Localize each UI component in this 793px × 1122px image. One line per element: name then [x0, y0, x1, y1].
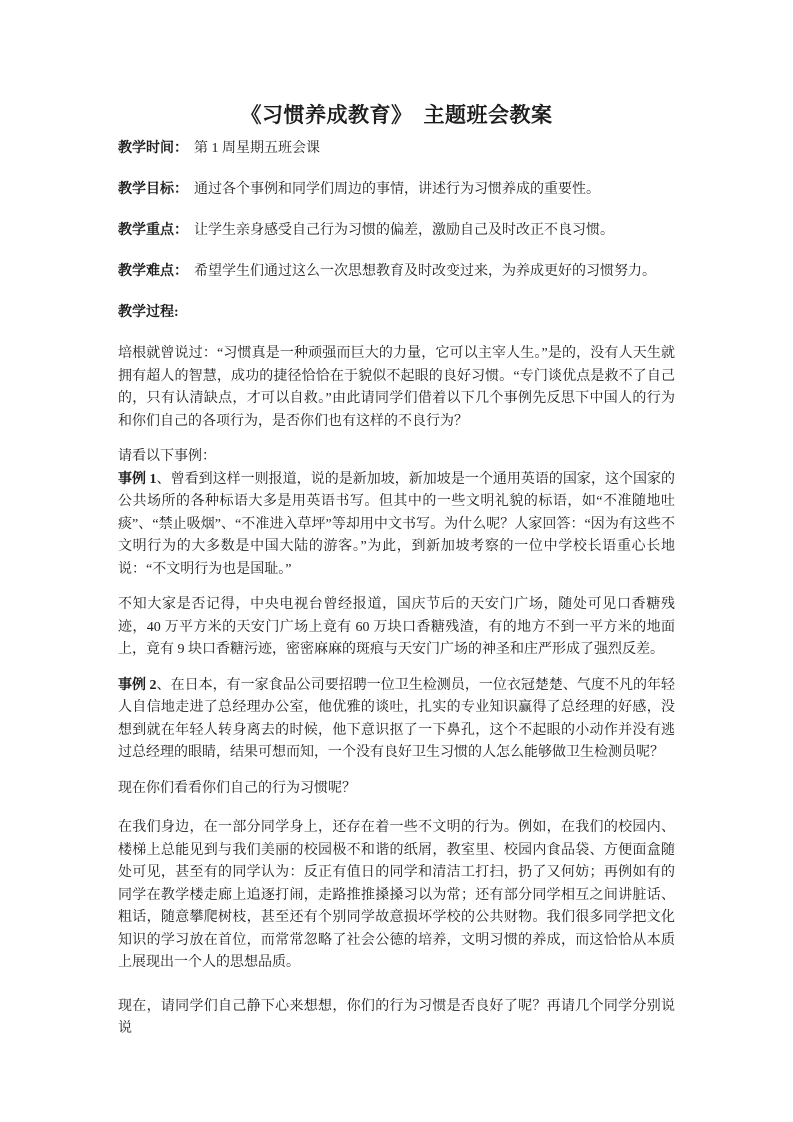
- case-1-text: 、曾看到这样一则报道，说的是新加坡，新加坡是一个通用英语的国家，这个国家的公共场…: [118, 472, 675, 577]
- field-teaching-focus-value: 让学生亲身感受自己行为习惯的偏差，激励自己及时改正不良习惯。: [194, 223, 614, 238]
- field-teaching-difficulty-label: 教学难点：: [118, 264, 188, 279]
- paragraph-case-1: 事例 1、曾看到这样一则报道，说的是新加坡，新加坡是一个通用英语的国家，这个国家…: [118, 469, 675, 582]
- paragraph-case-2: 事例 2、在日本，有一家食品公司要招聘一位卫生检测员，一位衣冠楚楚、气度不凡的年…: [118, 675, 675, 765]
- field-teaching-goal: 教学目标：通过各个事例和同学们周边的事情，讲述行为习惯养成的重要性。: [118, 179, 675, 202]
- field-teaching-time-label: 教学时间：: [118, 141, 188, 156]
- field-teaching-goal-label: 教学目标：: [118, 182, 188, 197]
- field-teaching-goal-value: 通过各个事例和同学们周边的事情，讲述行为习惯养成的重要性。: [194, 182, 600, 197]
- paragraph-self-question: 现在你们看看你们自己的行为习惯呢？: [118, 778, 675, 801]
- paragraph-closing: 现在，请同学们自己静下心来想想，你们的行为习惯是否良好了呢？再请几个同学分别说说: [118, 996, 675, 1041]
- field-teaching-process: 教学过程:: [118, 302, 675, 325]
- paragraph-reflection: 在我们身边，在一部分同学身上，还存在着一些不文明的行为。例如，在我们的校园内、楼…: [118, 817, 675, 975]
- field-teaching-time: 教学时间：第 1 周星期五班会课: [118, 138, 675, 161]
- field-teaching-difficulty-value: 希望学生们通过这么一次思想教育及时改变过来，为养成更好的习惯努力。: [194, 264, 656, 279]
- field-teaching-time-value: 第 1 周星期五班会课: [194, 141, 320, 156]
- field-teaching-focus: 教学重点：让学生亲身感受自己行为习惯的偏差，激励自己及时改正不良习惯。: [118, 220, 675, 243]
- field-teaching-focus-label: 教学重点：: [118, 223, 188, 238]
- case-1-label: 事例 1: [118, 472, 157, 487]
- field-teaching-difficulty: 教学难点：希望学生们通过这么一次思想教育及时改变过来，为养成更好的习惯努力。: [118, 261, 675, 284]
- document-title: 《习惯养成教育》 主题班会教案: [118, 100, 675, 130]
- field-teaching-process-label: 教学过程:: [118, 305, 179, 320]
- document-page: 《习惯养成教育》 主题班会教案 教学时间：第 1 周星期五班会课 教学目标：通过…: [0, 0, 793, 1122]
- paragraph-cases-intro: 请看以下事例：: [118, 446, 675, 469]
- case-2-text: 、在日本，有一家食品公司要招聘一位卫生检测员，一位衣冠楚楚、气度不凡的年轻人自信…: [118, 678, 675, 761]
- paragraph-case-1-followup: 不知大家是否记得，中央电视台曾经报道，国庆节后的天安门广场，随处可见口香糖残迹，…: [118, 594, 675, 662]
- case-2-label: 事例 2: [118, 678, 157, 693]
- paragraph-bacon-intro: 培根就曾说过：“习惯真是一种顽强而巨大的力量，它可以主宰人生。”是的，没有人天生…: [118, 343, 675, 433]
